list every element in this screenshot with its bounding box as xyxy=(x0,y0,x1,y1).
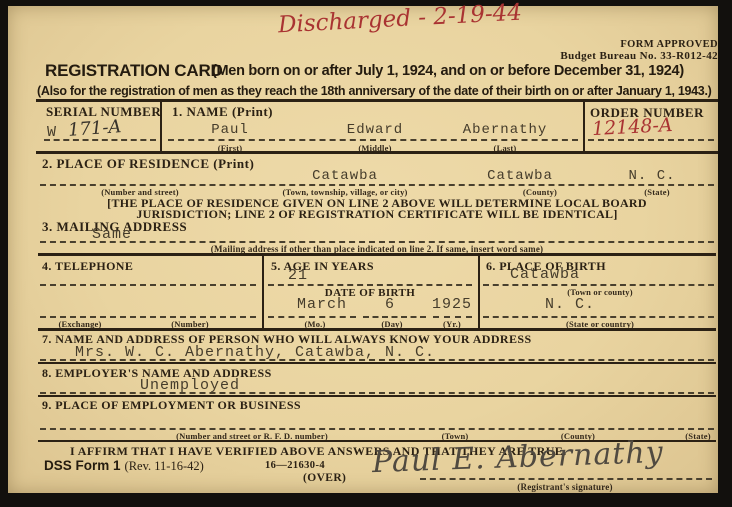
telephone-label: 4. TELEPHONE xyxy=(42,259,133,274)
telephone-fill-line2 xyxy=(40,316,256,318)
page-subtitle: (Men born on or after July 1, 1924, and … xyxy=(212,63,684,79)
residence-notice-line2: JURISDICTION; LINE 2 OF REGISTRATION CER… xyxy=(136,207,617,222)
form-approved-line: FORM APPROVED xyxy=(530,39,718,50)
divider-tel-age xyxy=(262,255,264,329)
residence-city-value: Catawba xyxy=(312,168,378,184)
header-rule xyxy=(36,99,718,102)
birth-state-value: N. C. xyxy=(545,296,595,313)
dob-day-fill-line xyxy=(363,316,426,318)
over-label: (OVER) xyxy=(303,472,346,484)
name-middle-value: Edward xyxy=(347,122,403,138)
age-value: 21 xyxy=(288,267,308,284)
budget-bureau-line: Budget Bureau No. 33-R012-42 xyxy=(500,50,718,62)
form-id-name: DSS Form 1 xyxy=(44,458,121,473)
dob-year-fill-line xyxy=(433,316,472,318)
mailing-rule xyxy=(38,253,716,256)
dob-year-value: 1925 xyxy=(432,296,472,313)
divider-age-birth xyxy=(478,255,480,329)
residence-fill-line xyxy=(40,184,714,186)
residence-label: 2. PLACE OF RESIDENCE (Print) xyxy=(42,156,254,172)
registration-card-scan: Discharged - 2-19-44 FORM APPROVED Budge… xyxy=(0,0,732,507)
contact-fill-line xyxy=(40,359,714,361)
employment-fill-line xyxy=(40,428,714,430)
age-label: 5. AGE IN YEARS xyxy=(271,259,374,274)
dob-month-value: March xyxy=(297,296,347,313)
name-label: 1. NAME (Print) xyxy=(172,104,273,120)
telephone-fill-line1 xyxy=(40,284,256,286)
employment-label: 9. PLACE OF EMPLOYMENT OR BUSINESS xyxy=(42,398,301,413)
name-first-value: Paul xyxy=(211,122,249,138)
divider-name-order xyxy=(583,100,585,152)
residence-state-value: N. C. xyxy=(628,168,675,184)
signature-sublabel: (Registrant's signature) xyxy=(517,482,612,492)
dob-month-fill-line xyxy=(268,316,356,318)
employer-fill-line xyxy=(40,392,714,394)
birth-state-fill-line xyxy=(483,316,714,318)
order-fill-line xyxy=(588,139,714,141)
name-fill-line xyxy=(168,139,578,141)
serial-number-value: 171-A xyxy=(67,116,122,141)
order-number-value: 12148-A xyxy=(591,114,673,140)
row456-rule xyxy=(38,328,716,331)
mailing-fill-line xyxy=(40,241,714,243)
header-note: (Also for the registration of men as the… xyxy=(37,84,711,98)
birth-town-fill-line xyxy=(483,284,714,286)
print-code: 16—21630-4 xyxy=(265,460,325,471)
serial-fill-line xyxy=(44,139,156,141)
residence-county-value: Catawba xyxy=(487,168,553,184)
signature-fill-line xyxy=(420,478,712,480)
birth-town-value: Catawba xyxy=(510,266,580,283)
row7-rule xyxy=(38,362,716,364)
name-last-value: Abernathy xyxy=(463,122,548,138)
dob-day-value: 6 xyxy=(385,296,395,313)
age-fill-line xyxy=(268,284,472,286)
page-title: REGISTRATION CARD xyxy=(45,61,223,81)
form-id: DSS Form 1 (Rev. 11-16-42) xyxy=(44,457,204,475)
form-id-revision: (Rev. 11-16-42) xyxy=(125,459,204,473)
residence-state-sublabel: (State) xyxy=(644,187,669,197)
row1-rule xyxy=(36,151,718,154)
row8-rule xyxy=(38,395,716,397)
